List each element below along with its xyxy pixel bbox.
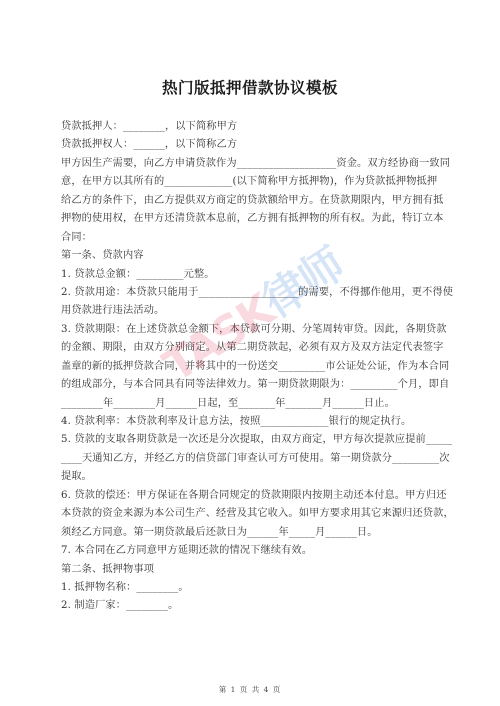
text-line: 甲方因生产需要，向乙方申请贷款作为___________________资金。双… — [61, 155, 445, 173]
text-line: 贷款抵押人：________，以下简称甲方 — [61, 118, 445, 136]
text-line: 合同： — [61, 229, 445, 247]
text-line: 押物的使用权，在甲方还清贷款本息前，乙方拥有抵押物的所有权。为此，特订立本 — [61, 210, 445, 228]
text-line: 本贷款的资金来源为本公司生产、经营及其它收入。如甲方要求用其它来源归还贷款， — [61, 505, 445, 523]
text-line: 4. 贷款利率：本贷款利率及计息方法，按照_____________银行的规定执… — [61, 413, 445, 431]
text-line: ____天通知乙方，并经乙方的信贷部门审查认可方可使用。第一期贷款分______… — [61, 450, 445, 468]
text-line: 3. 贷款期限：在上述贷款总金额下，本贷款可分期、分笔周转审贷。因此，各期贷款 — [61, 321, 445, 339]
text-line: 1. 抵押物名称：________。 — [61, 579, 445, 597]
section-heading: 第二条、抵押物事项 — [61, 561, 445, 579]
text-line: 的金额、期限，由双方分别商定。从第二期贷款起，必须有双方及双方法定代表签字 — [61, 339, 445, 357]
text-line: 5. 贷款的支取各期贷款是一次还是分次提取，由双方商定，甲方每次提款应提前___… — [61, 431, 445, 449]
document-title: 热门版抵押借款协议模板 — [0, 76, 500, 98]
text-line: 意，在甲方以其所有的_____________(以下简称甲方抵押物)，作为贷款抵… — [61, 173, 445, 191]
text-line: 给乙方的条件下，由乙方提供双方商定的贷款额给甲方。在贷款期限内，甲方拥有抵 — [61, 192, 445, 210]
text-line: 贷款抵押权人：______，以下简称乙方 — [61, 136, 445, 154]
page-footer: 第 1 页 共 4 页 — [0, 684, 500, 695]
text-line: 的组成部分，与本合同具有同等法律效力。第一期贷款期限为：_________个月，… — [61, 376, 445, 394]
section-heading: 第一条、贷款内容 — [61, 247, 445, 265]
document-body: 贷款抵押人：________，以下简称甲方 贷款抵押权人：______，以下简称… — [61, 118, 445, 616]
text-line: 1. 贷款总金额：_________元整。 — [61, 266, 445, 284]
text-line: 2. 制造厂家：________。 — [61, 597, 445, 615]
text-line: 6. 贷款的偿还：甲方保证在各期合同规定的贷款期限内按期主动还本付息。甲方归还 — [61, 487, 445, 505]
text-line: ________年________月______日起，至_______年____… — [61, 395, 445, 413]
text-line: 提取。 — [61, 468, 445, 486]
text-line: 盖章的新的抵押贷款合同，并将其中的一份送交_________市公证处公证，作为本… — [61, 358, 445, 376]
text-line: 须经乙方同意。第一期贷款最后还款日为______年_____月______日。 — [61, 524, 445, 542]
text-line: 用贷款进行违法活动。 — [61, 302, 445, 320]
text-line: 7. 本合同在乙方同意甲方延期还款的情况下继续有效。 — [61, 542, 445, 560]
text-line: 2. 贷款用途：本贷款只能用于___________________的需要，不得… — [61, 284, 445, 302]
